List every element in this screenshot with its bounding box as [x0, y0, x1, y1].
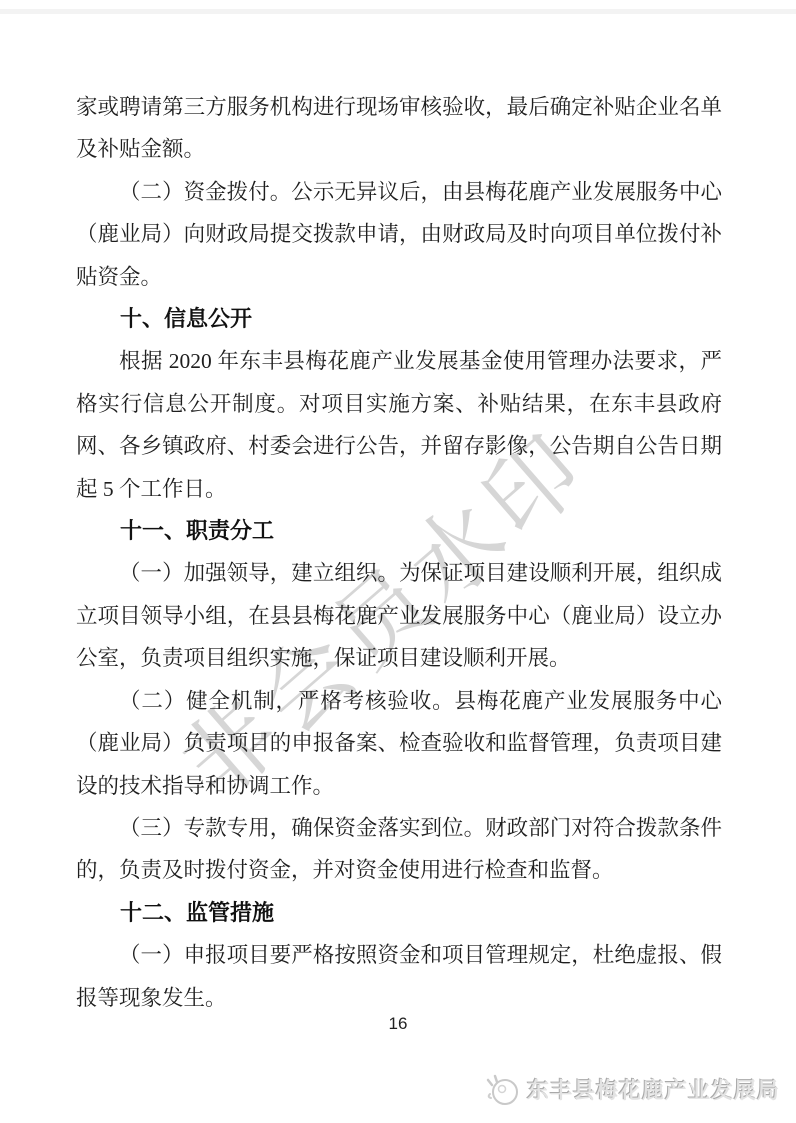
body-paragraph: （二）健全机制，严格考核验收。县梅花鹿产业发展服务中心（鹿业局）负责项目的申报备… — [76, 680, 722, 807]
section-heading: 十二、监管措施 — [76, 892, 722, 934]
section-heading: 十一、职责分工 — [76, 510, 722, 552]
body-paragraph: 根据 2020 年东丰县梅花鹿产业发展基金使用管理办法要求，严格实行信息公开制度… — [76, 340, 722, 510]
body-paragraph: 家或聘请第三方服务机构进行现场审核验收，最后确定补贴企业名单及补贴金额。 — [76, 86, 722, 171]
section-heading: 十、信息公开 — [76, 298, 722, 340]
body-paragraph: （一）加强领导，建立组织。为保证项目建设顺利开展，组织成立项目领导小组，在县县梅… — [76, 552, 722, 679]
footer-brand-name: 东丰县梅花鹿产业发展局 — [527, 1074, 780, 1105]
page-number: 16 — [0, 1014, 796, 1034]
document-page: 非会员水印 家或聘请第三方服务机构进行现场审核验收，最后确定补贴企业名单及补贴金… — [0, 0, 796, 1123]
body-paragraph: （二）资金拨付。公示无异议后，由县梅花鹿产业发展服务中心（鹿业局）向财政局提交拨… — [76, 171, 722, 298]
page-top-scan-band — [0, 9, 796, 14]
body-paragraph: （一）申报项目要严格按照资金和项目管理规定，杜绝虚报、假报等现象发生。 — [76, 934, 722, 1019]
document-body: 家或聘请第三方服务机构进行现场审核验收，最后确定补贴企业名单及补贴金额。（二）资… — [76, 86, 722, 1019]
footer-brand: 东丰县梅花鹿产业发展局 — [484, 1070, 780, 1108]
body-paragraph: （三）专款专用，确保资金落实到位。财政部门对符合拨款条件的，负责及时拨付资金，并… — [76, 807, 722, 892]
brand-seal-logo-icon — [484, 1070, 520, 1108]
